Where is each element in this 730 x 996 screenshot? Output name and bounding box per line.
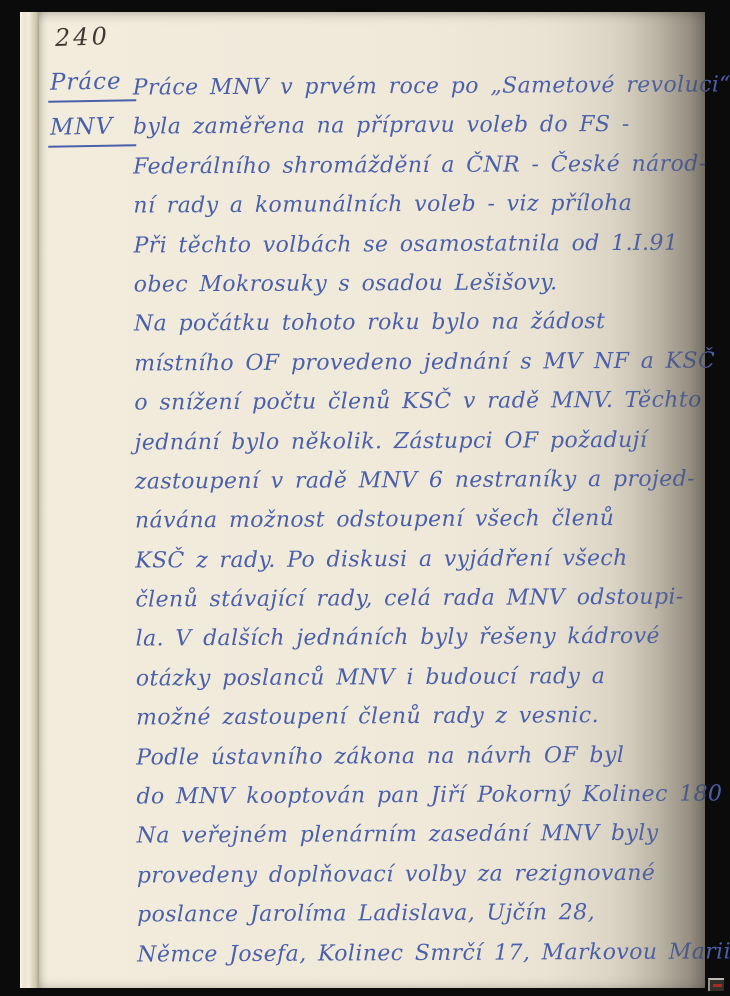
text-line: provedeny doplňovací volby za rezignovan… (137, 853, 715, 895)
corner-marker-red-bar (713, 984, 722, 987)
text-line: otázky poslanců MNV i budoucí rady a (136, 656, 714, 698)
text-line: Podle ústavního zákona na návrh OF byl (136, 735, 714, 777)
text-line: do MNV kooptován pan Jiří Pokorný Koline… (136, 775, 714, 817)
text-line: KSČ z rady. Po diskusi a vyjádření všech (135, 538, 713, 580)
text-line: zastoupení v radě MNV 6 nestraníky a pro… (135, 459, 713, 501)
scanned-chronicle-photo: 240 Práce MNV Práce MNV v prvém roce po … (0, 0, 730, 996)
text-line: Na počátku tohoto roku bylo na žádost (134, 302, 712, 344)
text-line: Němce Josefa, Kolinec Smrčí 17, Markovou… (137, 932, 715, 974)
text-line: Na veřejném plenárním zasedání MNV byly (137, 814, 715, 856)
text-line: la. V dalších jednáních byly řešeny kádr… (136, 617, 714, 659)
text-line: možné zastoupení členů rady z vesnic. (136, 696, 714, 738)
corner-marker-icon[interactable] (708, 978, 724, 991)
text-line: návána možnost odstoupení všech členů (135, 499, 713, 541)
text-line: Federálního shromáždění a ČNR - České ná… (133, 144, 711, 186)
text-line: obec Mokrosuky s osadou Lešišovy. (134, 262, 712, 304)
text-line: poslance Jarolíma Ladislava, Ujčín 28, (137, 893, 715, 935)
handwritten-text-block: Práce MNV v prvém roce po „Sametové revo… (133, 65, 716, 974)
book-page-edges (20, 12, 39, 988)
text-line: Práce MNV v prvém roce po „Sametové revo… (133, 65, 711, 107)
margin-note-prace: Práce (48, 68, 137, 103)
text-line: jednání bylo několik. Zástupci OF požadu… (134, 420, 712, 462)
margin-notes: Práce MNV (48, 69, 136, 159)
text-line: byla zaměřena na přípravu voleb do FS - (133, 105, 711, 147)
margin-note-mnv: MNV (48, 113, 137, 148)
text-line: ní rady a komunálních voleb - viz příloh… (133, 184, 711, 226)
chronicle-page: 240 Práce MNV Práce MNV v prvém roce po … (39, 12, 705, 988)
text-line: o snížení počtu členů KSČ v radě MNV. Tě… (134, 381, 712, 423)
page-number: 240 (55, 22, 111, 52)
text-line: místního OF provedeno jednání s MV NF a … (134, 341, 712, 383)
text-line: členů stávající rady, celá rada MNV odst… (135, 578, 713, 620)
text-line: Při těchto volbách se osamostatnila od 1… (133, 223, 711, 265)
